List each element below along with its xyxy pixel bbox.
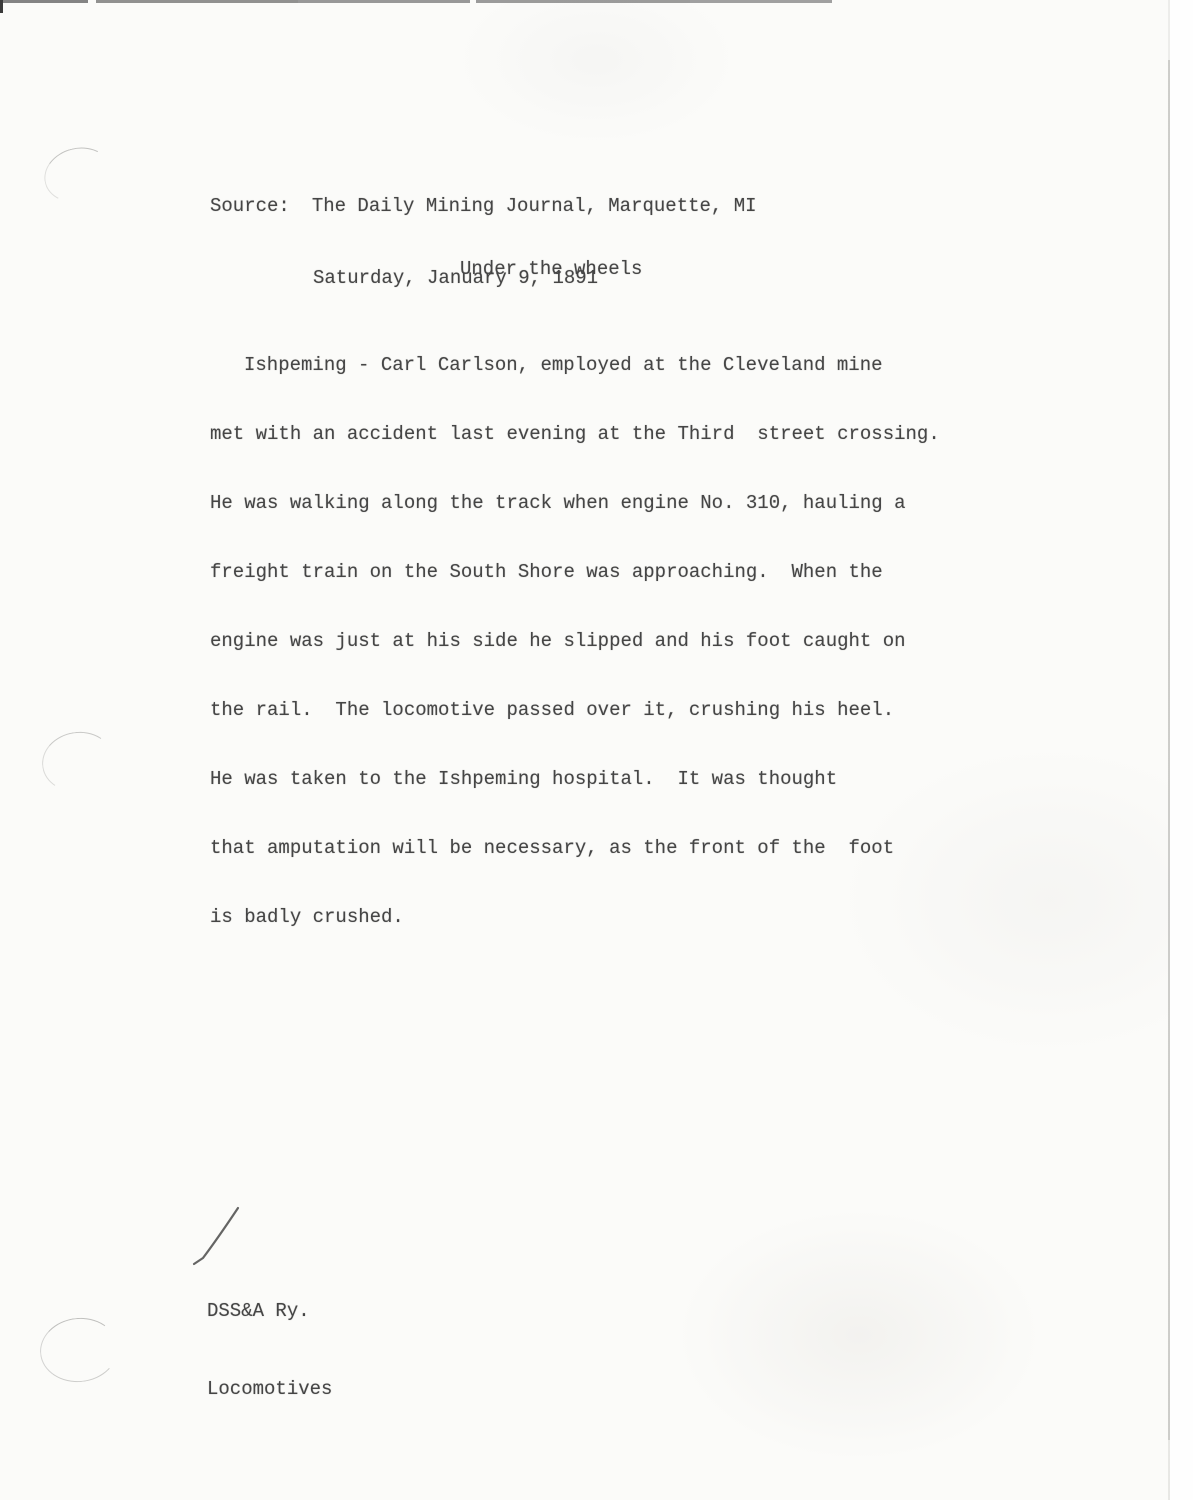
body-line: He was taken to the Ishpeming hospital. … xyxy=(210,768,940,791)
article-title: Under the wheels xyxy=(460,258,642,280)
body-line: that amputation will be necessary, as th… xyxy=(210,837,940,860)
source-label: Source: xyxy=(210,195,290,217)
punch-hole-mark-top xyxy=(38,141,117,210)
body-line: met with an accident last evening at the… xyxy=(210,423,940,446)
body-line: He was walking along the track when engi… xyxy=(210,492,940,515)
source-publication: The Daily Mining Journal, Marquette, MI xyxy=(312,195,757,217)
page-right-margin xyxy=(1170,0,1193,1500)
page-edge-line xyxy=(1168,0,1170,1500)
article-body: Ishpeming - Carl Carlson, employed at th… xyxy=(210,308,940,975)
body-line: is badly crushed. xyxy=(210,906,940,929)
body-line: the rail. The locomotive passed over it,… xyxy=(210,699,940,722)
body-line: Ishpeming - Carl Carlson, employed at th… xyxy=(210,354,940,377)
subject-annotation: DSS&A Ry. Locomotives xyxy=(207,1246,332,1454)
punch-hole-mark-bottom xyxy=(37,1314,121,1386)
scanned-document-page: Source:The Daily Mining Journal, Marquet… xyxy=(0,0,1193,1500)
subject-line-railroad: DSS&A Ry. xyxy=(207,1298,332,1324)
body-line: engine was just at his side he slipped a… xyxy=(210,630,940,653)
source-line: Source:The Daily Mining Journal, Marquet… xyxy=(210,194,757,218)
scan-edge-strip xyxy=(0,0,832,3)
subject-line-topic: Locomotives xyxy=(207,1376,332,1402)
punch-hole-mark-middle xyxy=(38,727,118,796)
scan-edge-tick xyxy=(0,0,3,13)
body-line: freight train on the South Shore was app… xyxy=(210,561,940,584)
